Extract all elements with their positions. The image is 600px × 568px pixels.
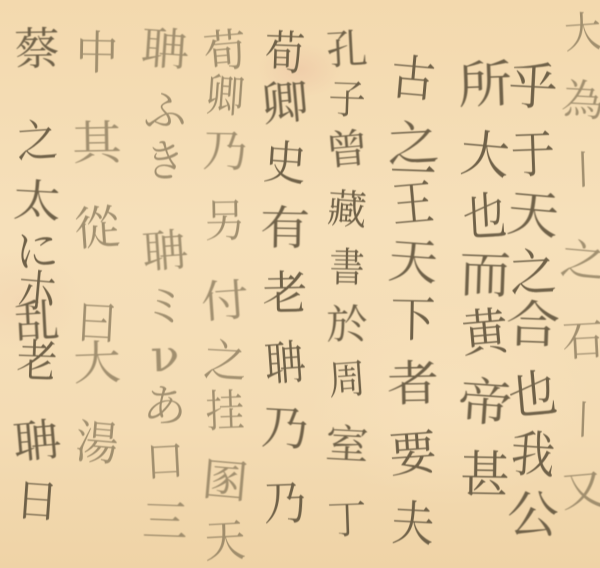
calligraphy-character: 書 (316, 247, 378, 288)
calligraphy-character: 口 (133, 438, 197, 485)
calligraphy-character: 天 (375, 236, 450, 289)
calligraphy-character: 中 (64, 29, 130, 76)
calligraphy-character: 天 (191, 518, 258, 565)
column-5: 孔子曾藏書於周室丁 (312, 0, 382, 568)
calligraphy-character: 太 (0, 178, 76, 226)
calligraphy-character: 於 (311, 304, 384, 345)
calligraphy-character: き (134, 139, 196, 184)
calligraphy-character: 黄 (450, 305, 519, 360)
calligraphy-character: 要 (377, 428, 449, 481)
calligraphy-manuscript: 大為〡之石〡又乎于天之合也我公所大也而黄帝甚古之一王天下者要夫孔子曾藏書於周室丁… (0, 0, 600, 568)
calligraphy-character: 也 (453, 190, 517, 243)
calligraphy-character: あ (129, 382, 201, 432)
calligraphy-character: ν (126, 334, 203, 381)
calligraphy-character: 三 (128, 499, 202, 545)
calligraphy-character: 帝 (446, 375, 525, 430)
calligraphy-character: 荀 (253, 29, 316, 77)
column-4: 古之一王天下者要夫 (378, 0, 448, 568)
calligraphy-character: 古 (378, 52, 447, 105)
calligraphy-character: 所 (446, 59, 523, 112)
calligraphy-character: 周 (313, 358, 381, 402)
calligraphy-character: 聃 (0, 417, 77, 467)
column-10: 蔡之太に朩乱老聃日 (2, 0, 72, 568)
calligraphy-character: 聃 (128, 228, 203, 277)
calligraphy-character: ふ (130, 89, 199, 134)
calligraphy-character: ミ (131, 283, 198, 330)
column-8: 聃ふき聃ミνあ口三 (130, 0, 200, 568)
calligraphy-character: 夫 (381, 498, 445, 549)
calligraphy-character: 日 (1, 478, 73, 527)
calligraphy-character: 甚 (450, 449, 519, 500)
calligraphy-character: 卿 (193, 73, 258, 121)
calligraphy-character: 子 (314, 79, 380, 121)
calligraphy-character: 者 (375, 359, 451, 408)
calligraphy-character: 聃 (253, 338, 318, 388)
calligraphy-character: 老 (4, 339, 71, 385)
column-3: 所大也而黄帝甚 (450, 0, 520, 568)
calligraphy-character: 之 (3, 118, 71, 166)
calligraphy-character: 大 (449, 127, 522, 183)
calligraphy-character: 而 (448, 249, 522, 301)
calligraphy-character: 聃 (126, 25, 204, 74)
calligraphy-character: 蔡 (1, 27, 74, 72)
column-7: 荀卿乃另付之挂圂天 (190, 0, 260, 568)
calligraphy-character: 王 (380, 177, 446, 230)
calligraphy-character: 另 (192, 199, 258, 244)
calligraphy-character: 乃 (252, 479, 319, 527)
calligraphy-character: 挂 (193, 389, 256, 435)
calligraphy-character: 下 (380, 295, 446, 344)
calligraphy-character: 丁 (312, 499, 382, 541)
calligraphy-character: 孔 (310, 28, 384, 72)
